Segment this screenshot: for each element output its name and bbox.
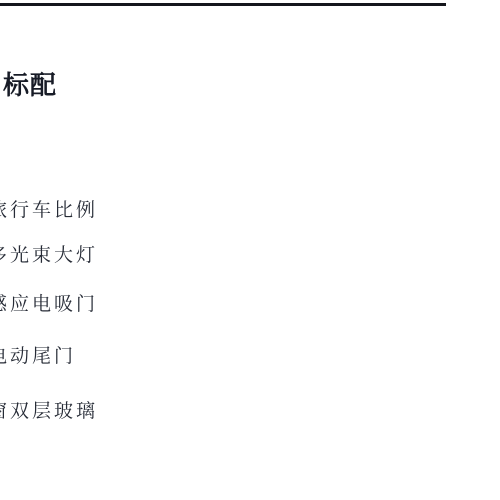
- feature-item-multibeam-headlights: 多光束大灯: [0, 246, 98, 265]
- feature-item-double-glazed-windows: 窗双层玻璃: [0, 402, 98, 421]
- top-divider-line: [0, 3, 446, 6]
- feature-item-wagon-proportions: 旅行车比例: [0, 201, 98, 220]
- feature-item-soft-close-doors: 感应电吸门: [0, 295, 98, 314]
- feature-item-power-tailgate: 电动尾门: [0, 347, 76, 366]
- section-title-standard-equipment: 标配: [3, 72, 57, 98]
